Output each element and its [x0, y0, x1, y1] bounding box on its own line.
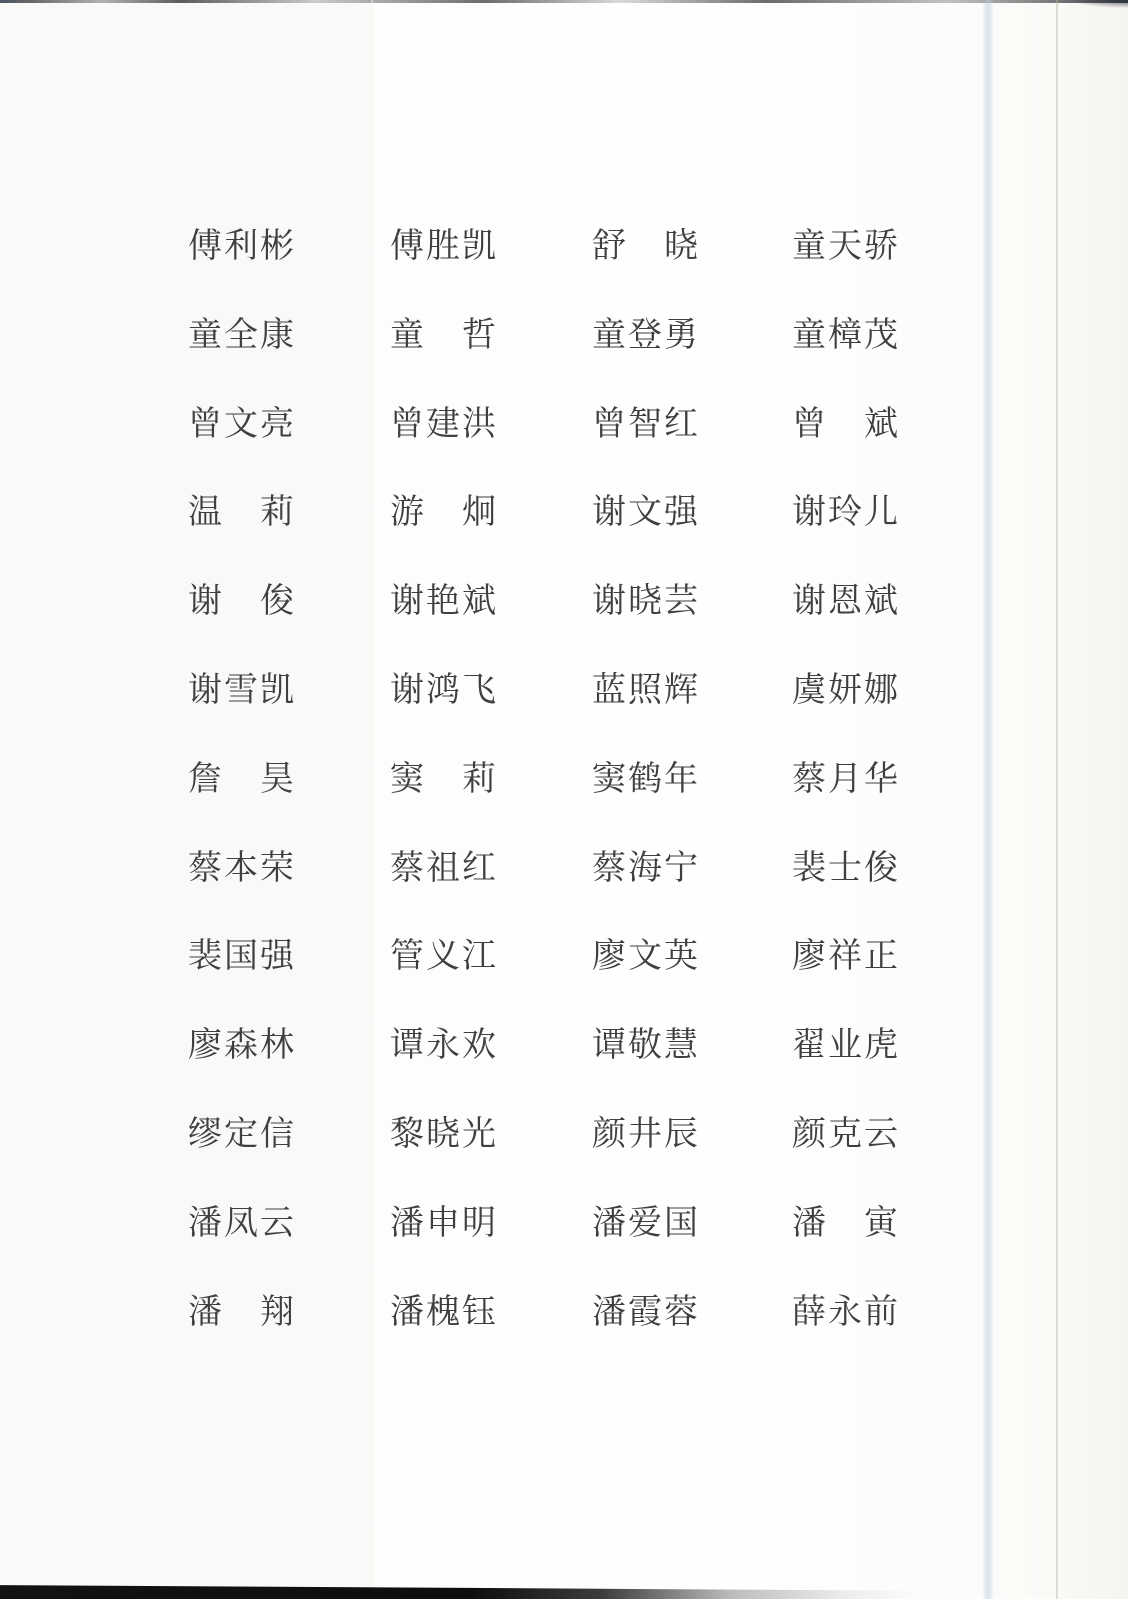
person-name: 曾文亮 — [188, 407, 294, 443]
name-cell: 潘申明 — [390, 1206, 592, 1242]
name-cell: 蔡月华 — [792, 762, 898, 798]
name-cell: 谭永欢 — [390, 1028, 592, 1064]
name-cell: 谢文强 — [592, 495, 792, 531]
person-name: 温莉 — [188, 495, 294, 531]
person-name: 傅利彬 — [188, 229, 294, 265]
person-name: 廖文英 — [592, 939, 698, 975]
name-cell: 管义江 — [390, 939, 592, 975]
name-cell: 童天骄 — [792, 229, 898, 265]
person-name: 蔡祖红 — [390, 851, 496, 887]
person-name: 蔡海宁 — [592, 851, 698, 887]
person-name: 詹昊 — [188, 762, 294, 798]
person-name: 潘霞蓉 — [592, 1295, 698, 1331]
name-cell: 潘爱国 — [592, 1206, 792, 1242]
person-name: 曾斌 — [792, 407, 898, 443]
person-name: 游炯 — [390, 495, 496, 531]
person-name: 谭永欢 — [390, 1028, 496, 1064]
person-name: 廖森林 — [188, 1028, 294, 1064]
name-cell: 傅利彬 — [188, 229, 390, 265]
name-cell: 谢鸿飞 — [390, 673, 592, 709]
person-name: 谢雪凯 — [188, 673, 294, 709]
name-cell: 蔡本荣 — [188, 851, 390, 887]
name-cell: 童登勇 — [592, 318, 792, 354]
name-list: 傅利彬傅胜凯舒晓童天骄童全康童哲童登勇童樟茂曾文亮曾建洪曾智红曾斌温莉游炯谢文强… — [188, 229, 898, 1383]
name-cell: 谢恩斌 — [792, 584, 898, 620]
person-name: 谢鸿飞 — [390, 673, 496, 709]
name-cell: 薛永前 — [792, 1295, 898, 1331]
person-name: 潘凤云 — [188, 1206, 294, 1242]
person-name: 潘翔 — [188, 1295, 294, 1331]
person-name: 潘爱国 — [592, 1206, 698, 1242]
person-name: 窦莉 — [390, 762, 496, 798]
person-name: 裴士俊 — [792, 851, 898, 887]
person-name: 谢玲儿 — [792, 495, 898, 531]
name-cell: 谢雪凯 — [188, 673, 390, 709]
name-cell: 舒晓 — [592, 229, 792, 265]
name-cell: 曾文亮 — [188, 407, 390, 443]
name-cell: 游炯 — [390, 495, 592, 531]
person-name: 舒晓 — [592, 229, 698, 265]
name-cell: 谢晓芸 — [592, 584, 792, 620]
name-cell: 谭敬慧 — [592, 1028, 792, 1064]
person-name: 谢恩斌 — [792, 584, 898, 620]
person-name: 谢俊 — [188, 584, 294, 620]
person-name: 童哲 — [390, 318, 496, 354]
person-name: 谢晓芸 — [592, 584, 698, 620]
name-cell: 廖森林 — [188, 1028, 390, 1064]
person-name: 薛永前 — [792, 1295, 898, 1331]
name-cell: 童樟茂 — [792, 318, 898, 354]
person-name: 蔡本荣 — [188, 851, 294, 887]
person-name: 童天骄 — [792, 229, 898, 265]
person-name: 管义江 — [390, 939, 496, 975]
name-cell: 颜井辰 — [592, 1117, 792, 1153]
person-name: 翟业虎 — [792, 1028, 898, 1064]
person-name: 虞妍娜 — [792, 673, 898, 709]
name-cell: 蔡海宁 — [592, 851, 792, 887]
name-cell: 温莉 — [188, 495, 390, 531]
scan-blue-line — [982, 0, 994, 1599]
person-name: 谢文强 — [592, 495, 698, 531]
name-cell: 廖文英 — [592, 939, 792, 975]
person-name: 颜井辰 — [592, 1117, 698, 1153]
name-cell: 曾智红 — [592, 407, 792, 443]
name-cell: 傅胜凯 — [390, 229, 592, 265]
person-name: 颜克云 — [792, 1117, 898, 1153]
name-cell: 潘霞蓉 — [592, 1295, 792, 1331]
name-cell: 窦莉 — [390, 762, 592, 798]
person-name: 童登勇 — [592, 318, 698, 354]
scan-bottom-edge — [0, 1585, 918, 1599]
person-name: 蔡月华 — [792, 762, 898, 798]
person-name: 童樟茂 — [792, 318, 898, 354]
name-cell: 廖祥正 — [792, 939, 898, 975]
name-cell: 蓝照辉 — [592, 673, 792, 709]
name-cell: 翟业虎 — [792, 1028, 898, 1064]
name-cell: 童哲 — [390, 318, 592, 354]
person-name: 廖祥正 — [792, 939, 898, 975]
person-name: 黎晓光 — [390, 1117, 496, 1153]
name-cell: 黎晓光 — [390, 1117, 592, 1153]
name-cell: 曾建洪 — [390, 407, 592, 443]
scan-grey-line — [1056, 0, 1058, 1599]
name-cell: 曾斌 — [792, 407, 898, 443]
person-name: 傅胜凯 — [390, 229, 496, 265]
name-cell: 裴士俊 — [792, 851, 898, 887]
person-name: 曾智红 — [592, 407, 698, 443]
name-cell: 谢俊 — [188, 584, 390, 620]
person-name: 潘申明 — [390, 1206, 496, 1242]
name-cell: 潘槐钰 — [390, 1295, 592, 1331]
person-name: 潘寅 — [792, 1206, 898, 1242]
name-cell: 潘寅 — [792, 1206, 898, 1242]
person-name: 缪定信 — [188, 1117, 294, 1153]
person-name: 童全康 — [188, 318, 294, 354]
person-name: 谢艳斌 — [390, 584, 496, 620]
name-cell: 潘凤云 — [188, 1206, 390, 1242]
name-cell: 虞妍娜 — [792, 673, 898, 709]
name-cell: 童全康 — [188, 318, 390, 354]
name-cell: 颜克云 — [792, 1117, 898, 1153]
name-cell: 缪定信 — [188, 1117, 390, 1153]
name-cell: 蔡祖红 — [390, 851, 592, 887]
scan-top-edge — [0, 0, 1128, 3]
name-cell: 谢艳斌 — [390, 584, 592, 620]
person-name: 曾建洪 — [390, 407, 496, 443]
person-name: 窦鹤年 — [592, 762, 698, 798]
name-cell: 窦鹤年 — [592, 762, 792, 798]
person-name: 潘槐钰 — [390, 1295, 496, 1331]
person-name: 谭敬慧 — [592, 1028, 698, 1064]
name-cell: 潘翔 — [188, 1295, 390, 1331]
person-name: 裴国强 — [188, 939, 294, 975]
name-cell: 谢玲儿 — [792, 495, 898, 531]
person-name: 蓝照辉 — [592, 673, 698, 709]
name-cell: 詹昊 — [188, 762, 390, 798]
scan-top-right-smudge — [1070, 0, 1128, 8]
name-cell: 裴国强 — [188, 939, 390, 975]
